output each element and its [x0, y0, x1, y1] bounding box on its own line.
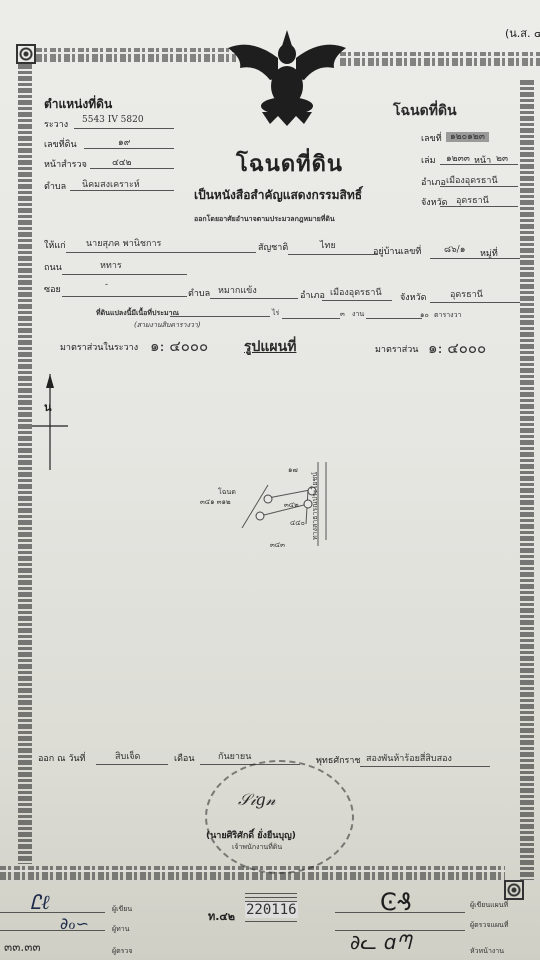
- role-map-checker: ผู้ตรวจแผนที่: [470, 920, 508, 931]
- page-value: ๒๓: [496, 151, 508, 165]
- deed-no-value: ๑๒๐๑๒๓: [446, 129, 489, 143]
- plot-road-label: ทางสาธารณประโยชน์: [310, 472, 321, 540]
- survey-page-label: หน้าสำรวจ: [44, 157, 87, 171]
- wa-label: ตารางวา: [434, 310, 461, 321]
- subdistrict-value: นิคมสงเคราะห์: [82, 177, 140, 191]
- soi-value: -: [105, 280, 108, 290]
- area-label: ที่ดินแปลงนี้มีเนื้อที่ประมาณ: [96, 308, 179, 319]
- map-checker-signature: ∂ᓚ ɑᘉ: [350, 930, 411, 954]
- writer-signature: Ꮭℓ: [30, 890, 50, 915]
- month-label: เดือน: [174, 751, 194, 765]
- serial-number: 220116: [245, 902, 298, 918]
- rai-label: ไร่: [272, 308, 279, 319]
- scale-right-value: ๑: ๔๐๐๐: [428, 336, 486, 360]
- role-checker: ผู้ตรวจ: [112, 946, 132, 957]
- north-arrow-icon: [28, 370, 72, 470]
- owner-subdistrict-label: ตำบล: [188, 286, 210, 300]
- officer-title: เจ้าพนักงานที่ดิน: [232, 842, 282, 853]
- issued-year: สองพันห้าร้อยสี่สิบสอง: [366, 751, 452, 765]
- issued-day: สิบเจ็ด: [115, 749, 140, 763]
- owner-subdistrict-value: หมากแข้ง: [218, 283, 257, 297]
- sheet-label: ระวาง: [44, 117, 68, 131]
- deed-paper: (น.ส. ๔ ตำแหน่งที่ดิน ระวาง 5543 IV 5820…: [0, 0, 540, 960]
- issued-by: ออกโดยอาศัยอำนาจตามประมวลกฎหมายที่ดิน: [194, 214, 335, 225]
- map-heading: รูปแผนที่: [244, 336, 296, 358]
- land-no-label: เลขที่ดิน: [44, 137, 77, 151]
- issued-month: กันยายน: [218, 749, 251, 763]
- land-no-value: ๑๙: [118, 135, 130, 149]
- official-seal: [205, 760, 354, 874]
- right-border: [520, 80, 534, 880]
- deed-no-text: ๑๒๐๑๒๓: [446, 132, 489, 142]
- document-subtitle: เป็นหนังสือสำคัญแสดงกรรมสิทธิ์: [194, 186, 362, 205]
- volume-value: ๑๒๓๓: [446, 151, 470, 165]
- survey-page-value: ๔๔๒: [112, 155, 132, 169]
- role-map-writer: ผู้เขียนแผนที่: [470, 900, 508, 911]
- subdistrict-label: ตำบล: [44, 179, 66, 193]
- province-value: อุดรธานี: [456, 193, 489, 207]
- ngan-value: ๓: [340, 309, 345, 320]
- form-code: (น.ส. ๔: [505, 24, 540, 42]
- ngan-label: งาน: [352, 309, 364, 320]
- scale-left-value: ๑: ๔๐๐๐: [150, 334, 208, 358]
- garuda-emblem-icon: [222, 28, 352, 128]
- plot-label: ๓๔๑ ๓๑๒: [200, 497, 231, 508]
- top-border: [36, 48, 236, 62]
- nationality-label: สัญชาติ: [258, 240, 288, 254]
- owner-province-value: อุดรธานี: [450, 287, 483, 301]
- road-label: ถนน: [44, 260, 62, 274]
- left-mark: ๓๓.๓๓: [4, 938, 41, 957]
- volume-label: เล่ม: [421, 153, 436, 167]
- nationality-value: ไทย: [320, 238, 336, 252]
- owner-label: ให้แก่: [44, 238, 66, 252]
- role-reviewer: ผู้ทาน: [112, 924, 129, 935]
- soi-label: ซอย: [44, 282, 61, 296]
- owner-district-value: เมืองอุดรธานี: [330, 285, 382, 299]
- reviewer-signature: ∂ℴ∽: [60, 914, 89, 933]
- deed-heading: โฉนดที่ดิน: [393, 100, 457, 122]
- owner-name: นายสุภค พานิชการ: [86, 236, 161, 250]
- officer-name: (นายศิริศักดิ์ ยั่งยืนบุญ): [206, 828, 296, 842]
- house-no-label: อยู่บ้านเลขที่: [373, 244, 421, 258]
- road-value: หทาร: [100, 258, 122, 272]
- wa-value: ๑๐: [420, 310, 429, 321]
- north-label: น: [44, 398, 52, 416]
- border-corner-ornament: [504, 880, 524, 900]
- issued-prefix: ออก ณ วันที่: [38, 751, 85, 765]
- top-border: [340, 52, 540, 66]
- area-note: (สามงานสิบตารางวา): [134, 320, 201, 331]
- serial-number-box: 220116: [245, 893, 297, 923]
- district-value: เมืองอุดรธานี: [446, 173, 498, 187]
- role-head: หัวหน้างาน: [470, 946, 504, 957]
- scale-right-label: มาตราส่วน: [375, 342, 418, 356]
- scale-left-label: มาตราส่วนในระวาง: [60, 340, 138, 354]
- land-location-heading: ตำแหน่งที่ดิน: [44, 95, 112, 114]
- document-title: โฉนดที่ดิน: [236, 146, 343, 181]
- owner-province-label: จังหวัด: [400, 290, 427, 304]
- year-label: พุทธศักราช: [316, 753, 361, 767]
- house-no-value: ๘๖/๑: [444, 242, 465, 256]
- deed-no-label: เลขที่: [421, 131, 442, 145]
- plot-label: ๓๔๓: [270, 540, 285, 551]
- form-number: ท.๔๒: [208, 907, 235, 925]
- plot-label: ๔๔๐: [290, 518, 305, 529]
- role-writer: ผู้เขียน: [112, 904, 132, 915]
- plot-label: ๑๗: [288, 465, 298, 476]
- officer-signature: 𝒮𝒾𝑔𝓃: [238, 790, 276, 810]
- sheet-value: 5543 IV 5820: [82, 115, 144, 125]
- plot-label: ๓๔๒: [284, 500, 299, 511]
- border-corner-ornament: [16, 44, 36, 64]
- mapper-signature: Ͼ₰: [380, 888, 412, 916]
